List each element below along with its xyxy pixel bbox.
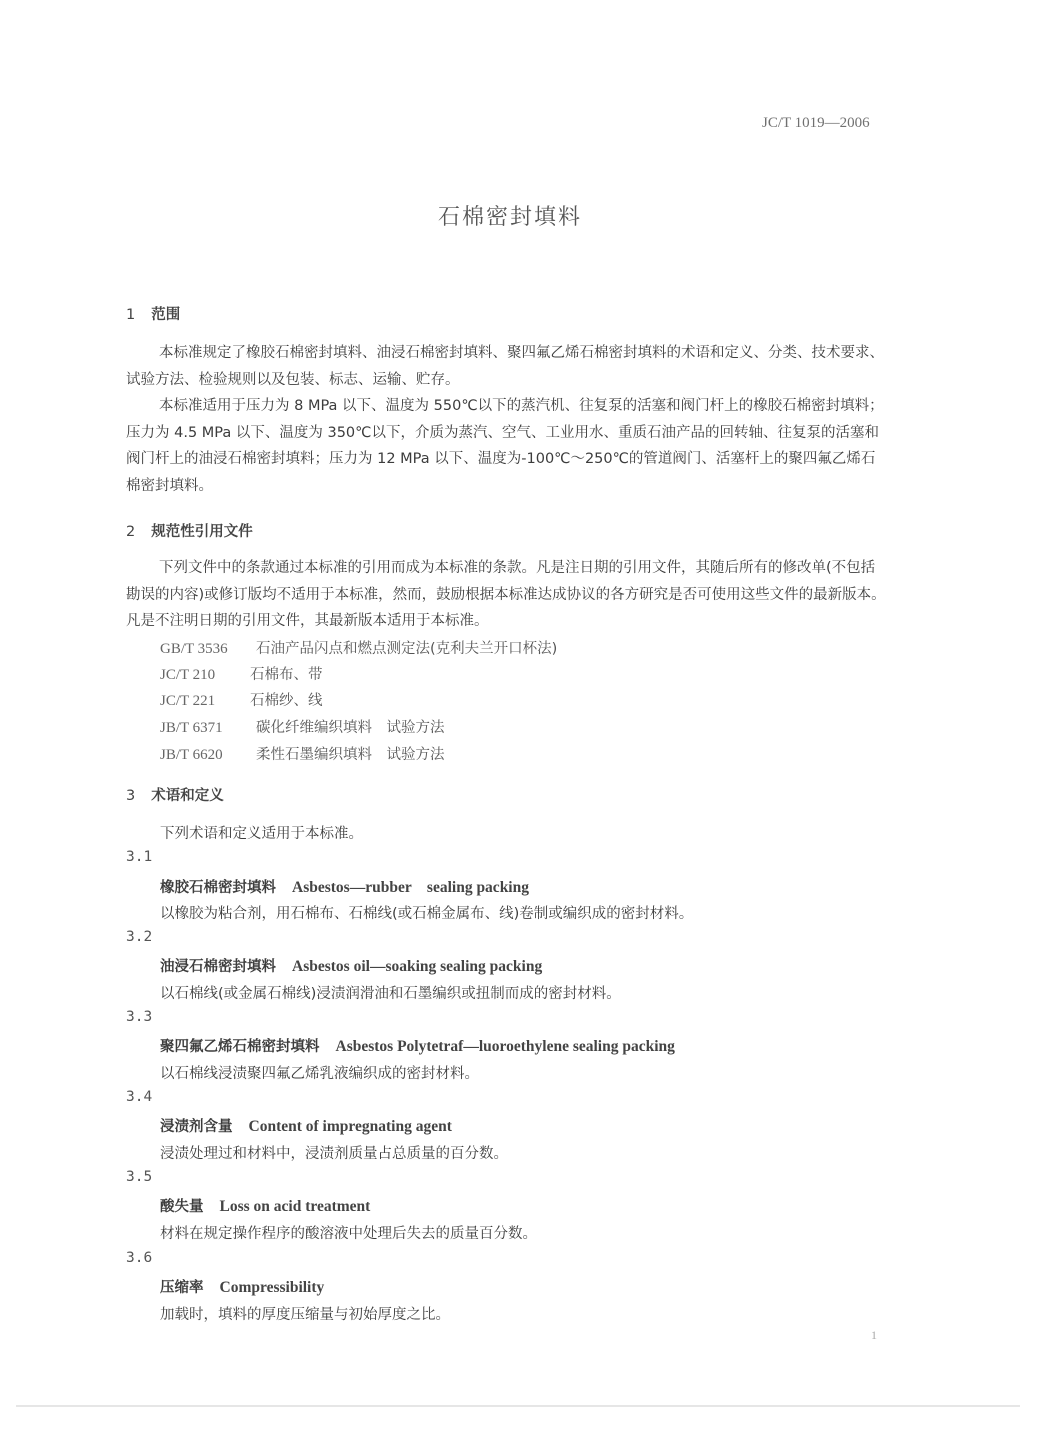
section-number: 2 [126,524,135,540]
term-en: Asbestos oil—soaking sealing packing [292,958,542,975]
reference-code: JB/T 6620 [160,747,256,764]
reference-code: GB/T 3536 [160,641,256,658]
term-zh: 油浸石棉密封填料 [160,959,276,975]
reference-code: JB/T 6371 [160,720,256,737]
term-heading: 浸渍剂含量Content of impregnating agent [160,1115,452,1136]
document-title: 石棉密封填料 [0,200,1020,231]
section-heading-3: 3术语和定义 [126,784,224,805]
section-2-body: 下列文件中的条款通过本标准的引用而成为本标准的条款。凡是注日期的引用文件，其随后… [126,555,888,635]
term-en: Asbestos—rubber sealing packing [292,879,529,896]
term-zh: 酸失量 [160,1199,204,1215]
term-definition: 加载时，填料的厚度压缩量与初始厚度之比。 [160,1303,450,1324]
reference-code: JC/T 210 [160,667,250,684]
term-zh: 压缩率 [160,1280,204,1296]
reference-title: 柔性石墨编织填料 试验方法 [256,747,445,763]
term-definition: 以橡胶为粘合剂，用石棉布、石棉线(或石棉金属布、线)卷制或编织成的密封材料。 [160,902,693,923]
section-heading-2: 2规范性引用文件 [126,520,253,541]
term-definition: 浸渍处理过和材料中，浸渍剂质量占总质量的百分数。 [160,1142,508,1163]
section-number: 3 [126,788,135,804]
term-heading: 酸失量Loss on acid treatment [160,1195,370,1216]
term-en: Compressibility [220,1279,325,1296]
term-en: Asbestos Polytetraf—luoroethylene sealin… [336,1038,675,1055]
reference-item: JC/T 221石棉纱、线 [160,689,323,710]
section-title: 范围 [151,307,180,323]
clause-number: 3.3 [126,1009,152,1025]
paragraph: 本标准适用于压力为 8 MPa 以下、温度为 550℃以下的蒸汽机、往复泵的活塞… [126,393,888,499]
clause-number: 3.4 [126,1089,152,1105]
term-heading: 橡胶石棉密封填料Asbestos—rubber sealing packing [160,875,529,897]
standard-number: JC/T 1019—2006 [762,115,870,132]
reference-title: 石棉布、带 [250,667,323,683]
section-1-body: 本标准规定了橡胶石棉密封填料、油浸石棉密封填料、聚四氟乙烯石棉密封填料的术语和定… [126,340,888,500]
reference-title: 碳化纤维编织填料 试验方法 [256,720,445,736]
term-zh: 橡胶石棉密封填料 [160,880,276,896]
paragraph: 本标准规定了橡胶石棉密封填料、油浸石棉密封填料、聚四氟乙烯石棉密封填料的术语和定… [126,340,888,393]
reference-item: JB/T 6620柔性石墨编织填料 试验方法 [160,743,445,764]
term-heading: 压缩率Compressibility [160,1276,324,1297]
reference-item: GB/T 3536石油产品闪点和燃点测定法(克利夫兰开口杯法) [160,637,557,658]
term-en: Content of impregnating agent [249,1118,452,1135]
clause-number: 3.2 [126,929,152,945]
section-heading-1: 1范围 [126,303,180,324]
reference-item: JB/T 6371碳化纤维编织填料 试验方法 [160,716,445,737]
clause-number: 3.6 [126,1250,152,1266]
term-en: Loss on acid treatment [220,1198,371,1215]
section-number: 1 [126,307,135,323]
clause-number: 3.1 [126,849,152,865]
reference-code: JC/T 221 [160,693,250,710]
clause-number: 3.5 [126,1169,152,1185]
term-definition: 材料在规定操作程序的酸溶液中处理后失去的质量百分数。 [160,1222,537,1243]
term-heading: 聚四氟乙烯石棉密封填料Asbestos Polytetraf—luoroethy… [160,1035,675,1056]
term-definition: 以石棉线浸渍聚四氟乙烯乳液编织成的密封材料。 [160,1062,479,1083]
reference-item: JC/T 210石棉布、带 [160,663,323,684]
term-zh: 聚四氟乙烯石棉密封填料 [160,1039,320,1055]
section-title: 术语和定义 [151,788,224,804]
page-number: 1 [871,1328,877,1343]
paragraph: 下列文件中的条款通过本标准的引用而成为本标准的条款。凡是注日期的引用文件，其随后… [126,555,888,635]
term-heading: 油浸石棉密封填料Asbestos oil—soaking sealing pac… [160,955,542,976]
section-title: 规范性引用文件 [151,524,253,540]
section-3-intro: 下列术语和定义适用于本标准。 [160,822,363,843]
reference-title: 石棉纱、线 [250,693,323,709]
term-zh: 浸渍剂含量 [160,1119,233,1135]
term-definition: 以石棉线(或金属石棉线)浸渍润滑油和石墨编织或扭制而成的密封材料。 [160,982,621,1003]
reference-title: 石油产品闪点和燃点测定法(克利夫兰开口杯法) [256,641,557,657]
page-bottom-rule [16,1405,1020,1407]
